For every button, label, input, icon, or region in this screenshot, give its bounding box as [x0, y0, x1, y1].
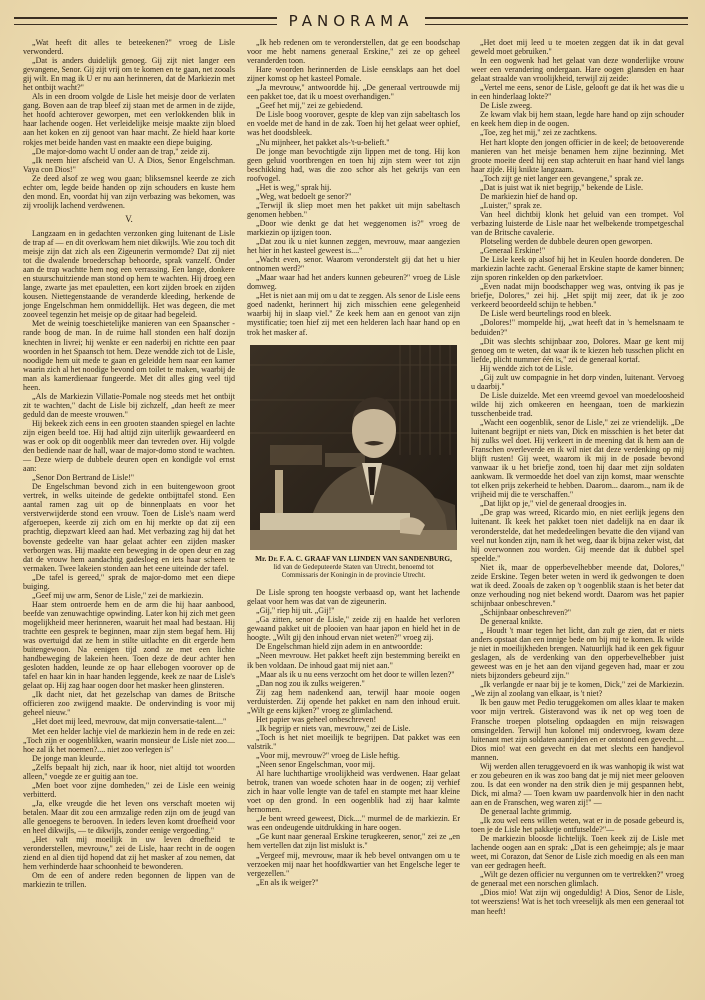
paragraph: „Dat is juist wat ik niet begrijp," beke…	[471, 183, 684, 192]
paragraph: „Dit was slechts schijnbaar zoo, Dolores…	[471, 337, 684, 364]
paragraph: „Ik neem hier afscheid van U. A Dios, Se…	[23, 156, 235, 174]
paragraph: „Ik begrijp er niets van, mevrouw," zei …	[247, 724, 460, 733]
paragraph: „Wacht een oogenblik, senor de Lisle," z…	[471, 418, 684, 499]
paragraph: „En als ik weiger?"	[247, 878, 460, 887]
paragraph: „Als de Markiezin Villatie-Pomale nog st…	[23, 392, 235, 419]
column-1-paragraphs-a: „Wat heeft dit alles te beteekenen?" vro…	[23, 38, 235, 210]
paragraph: In een oogwenk had het gelaat van deze w…	[471, 56, 684, 83]
section-heading: V.	[23, 215, 235, 224]
paragraph: „Vertel me eens, senor de Lisle, gelooft…	[471, 83, 684, 101]
caption-name: Mr. Dr. F. A. C. GRAAF VAN LIJNDEN VAN S…	[247, 555, 460, 563]
paragraph: „Zelfs bepaalt hij zich, naar ik hoor, n…	[23, 763, 235, 781]
paragraph: „Het is niet aan mij om u dat te zeggen.…	[247, 291, 460, 336]
paragraph: „Nu mijnheer, het pakket als-'t-u-belief…	[247, 138, 460, 147]
paragraph: De jonge man kleurde.	[23, 754, 235, 763]
paragraph: Ze deed alsof ze weg wou gaan; bliksemsn…	[23, 174, 235, 210]
paragraph: „Het is weg," sprak hij.	[247, 183, 460, 192]
column-2: „Ik heb redenen om te veronderstellen, d…	[247, 38, 460, 887]
paragraph: Zij zag hem nadenkend aan, terwijl haar …	[247, 688, 460, 715]
paragraph: „Maar waar had het anders kunnen gebeure…	[247, 273, 460, 291]
paragraph: De markiezin bloosde lichtelijk. Toen ke…	[471, 834, 684, 870]
paragraph: „Toe, zeg het mij," zei ze zachtkens.	[471, 128, 684, 137]
paragraph: „Luister," sprak ze.	[471, 201, 684, 210]
column-1-paragraphs-b: Langzaam en in gedachten verzonken ging …	[23, 229, 235, 889]
paragraph: „Senor Don Bertrand de Lisle!"	[23, 473, 235, 482]
paragraph: Hij wendde zich tot de Lisle.	[471, 364, 684, 373]
paragraph: Van heel dichtbij klonk het geluid van e…	[471, 210, 684, 237]
paragraph: „Ik zou wel eens willen weten, wat er in…	[471, 816, 684, 834]
paragraph: De generaal knikte.	[471, 617, 684, 626]
paragraph: „ Houdt 't maar tegen het licht, dan zul…	[471, 626, 684, 680]
masthead: PANORAMA	[14, 10, 688, 32]
paragraph: „Neen senor Engelschman, voor mij.	[247, 760, 460, 769]
paragraph: „Maar als ik u nu eens verzocht om het d…	[247, 670, 460, 679]
paragraph: De jonge man bevochtigde zijn lippen met…	[247, 147, 460, 183]
caption-line-3: Commissaris der Koningin in de provincie…	[247, 571, 460, 579]
paragraph: „Generaal Erskine!"	[471, 246, 684, 255]
paragraph: „Voor mij, mevrouw?" vroeg de Lisle heft…	[247, 751, 460, 760]
paragraph: „Dolores!" mompelde hij, „wat heeft dat …	[471, 318, 684, 336]
paragraph: De Engelschman hield zijn adem in en ant…	[247, 642, 460, 651]
paragraph: „Je bent wreed geweest, Dick...." murmel…	[247, 814, 460, 832]
paragraph: Ze kwam vlak bij hem staan, legde hare h…	[471, 110, 684, 128]
paragraph: „De major-domo wacht U onder aan de trap…	[23, 147, 235, 156]
paragraph: Hij bekeek zich eens in een grooten staa…	[23, 419, 235, 473]
paragraph: Hare woorden herinnerden de Lisle eenskl…	[247, 65, 460, 83]
paragraph: „Ge kunt naar generaal Erskine terugkeer…	[247, 832, 460, 850]
paragraph: Om de een of andere reden begonnen de li…	[23, 871, 235, 889]
paragraph: „Ja, elke vreugde die het leven ons vers…	[23, 799, 235, 835]
paragraph: „Geef het mij," zei ze gebiedend.	[247, 101, 460, 110]
masthead-rule-right	[425, 17, 688, 25]
paragraph: Ik ben gauw met Pedio teruggekomen om al…	[471, 698, 684, 761]
paragraph: „Het doet mij leed, mevrouw, dat mijn co…	[23, 717, 235, 726]
column-2-paragraphs-b: De Lisle sprong ten hoogste verbaasd op,…	[247, 588, 460, 887]
paragraph: Niet ik, maar de opperbevelhebber meende…	[471, 563, 684, 608]
paragraph: „Ja mevrouw," antwoordde hij. „De genera…	[247, 83, 460, 101]
paragraph: „Geef mij uw arm, Senor de Lisle," zei d…	[23, 591, 235, 600]
paragraph: „Het doet mij leed u te moeten zeggen da…	[471, 38, 684, 56]
paragraph: „Ik dacht niet, dat het gezelschap van d…	[23, 690, 235, 717]
paragraph: „Ga zitten, senor de Lisle," zeide zij e…	[247, 615, 460, 642]
paragraph: „Ik verlangde er naar bij je te komen, D…	[471, 680, 684, 698]
paragraph: „Wilt ge dezen officier nu vergunnen om …	[471, 870, 684, 888]
column-1: „Wat heeft dit alles te beteekenen?" vro…	[23, 38, 235, 889]
paragraph: De Lisle zweeg.	[471, 101, 684, 110]
paragraph: „Neen mevrouw. Het pakket heeft zijn bes…	[247, 651, 460, 669]
paragraph: De markiezin hief de hand op.	[471, 192, 684, 201]
paragraph: De Lisle sprong ten hoogste verbaasd op,…	[247, 588, 460, 606]
paragraph: De Lisle werd beurtelings rood en bleek.	[471, 309, 684, 318]
paragraph: De Engelschman bevond zich in een buiten…	[23, 482, 235, 572]
paragraph: „Door wie denkt ge dat het weggenomen is…	[247, 219, 460, 237]
masthead-title: PANORAMA	[277, 12, 426, 30]
paragraph: „Toch is het niet moeilijk te begrijpen.…	[247, 733, 460, 751]
paragraph: „Schijnbaar onbeschreven?"	[471, 608, 684, 617]
paragraph: Met een helder lachje viel de markiezin …	[23, 727, 235, 754]
paragraph: De Lisle duizelde. Met een vreemd gevoel…	[471, 391, 684, 418]
paragraph: „Gij zult uw compagnie in het dorp vinde…	[471, 373, 684, 391]
column-3: „Het doet mij leed u te moeten zeggen da…	[471, 38, 684, 916]
paragraph: „De tafel is gereed," sprak de major-dom…	[23, 573, 235, 591]
paragraph: „Men boet voor zijne domheden," zei de L…	[23, 781, 235, 799]
column-2-paragraphs-a: „Ik heb redenen om te veronderstellen, d…	[247, 38, 460, 337]
paragraph: „Wat heeft dit alles te beteekenen?" vro…	[23, 38, 235, 56]
paragraph: Het papier was geheel onbeschreven!	[247, 715, 460, 724]
paragraph: „Terwijl ik sliep moet men het pakket ui…	[247, 201, 460, 219]
paragraph: „Het valt mij moeilijk in uw leven droef…	[23, 835, 235, 871]
portrait-image	[250, 345, 457, 550]
paragraph: Het hart klopte den jongen officier in d…	[471, 138, 684, 174]
paragraph: Wij werden allen teruggevoerd en ik was …	[471, 762, 684, 807]
column-3-paragraphs: „Het doet mij leed u te moeten zeggen da…	[471, 38, 684, 916]
paragraph: De Lisle keek op alsof hij het in Keulen…	[471, 255, 684, 282]
paragraph: „Dios mio! Wat zijn wij ongeduldig! A Di…	[471, 888, 684, 915]
paragraph: „Dan nog zou ik zulks weigeren."	[247, 679, 460, 688]
paragraph: „Ik heb redenen om te veronderstellen, d…	[247, 38, 460, 65]
portrait-photo	[250, 345, 457, 550]
paragraph: „Gij," riep hij uit. „Gij!"	[247, 606, 460, 615]
paragraph: Met de weinig toeschietelijke manieren v…	[23, 319, 235, 391]
paragraph: „De grap was wreed, Ricardo mio, en niet…	[471, 508, 684, 562]
masthead-rule-left	[14, 17, 277, 25]
paragraph: Langzaam en in gedachten verzonken ging …	[23, 229, 235, 319]
paragraph: De generaal lachte grimmig.	[471, 807, 684, 816]
magazine-page: PANORAMA „Wat heeft dit alles te beteeke…	[0, 0, 705, 1000]
paragraph: „Toch zijt ge niet langer een gevangene,…	[471, 174, 684, 183]
paragraph: Als in een droom volgde de Lisle het mei…	[23, 92, 235, 146]
paragraph: Al hare luchthartige vroolijkheid was ve…	[247, 769, 460, 814]
photo-caption: Mr. Dr. F. A. C. GRAAF VAN LIJNDEN VAN S…	[247, 555, 460, 580]
paragraph: Haar stem ontroerde hem en de arm die hi…	[23, 600, 235, 690]
paragraph: Plotseling werden de dubbele deuren open…	[471, 237, 684, 246]
caption-line-2: lid van de Gedeputeerde Staten van Utrec…	[247, 563, 460, 571]
paragraph: „Weg, wat bedoelt ge senor?"	[247, 192, 460, 201]
paragraph: „Dat zou ik u niet kunnen zeggen, mevrou…	[247, 237, 460, 255]
paragraph: „Even nadat mijn boodschapper weg was, o…	[471, 282, 684, 309]
paragraph: „Dat lijkt op je," viel de generaal droo…	[471, 499, 684, 508]
paragraph: „Dat is anders duidelijk genoeg. Gij zij…	[23, 56, 235, 92]
paragraph: „Vergeef mij, mevrouw, maar ik heb bevel…	[247, 851, 460, 878]
paragraph: „Wacht even, senor. Waarom veronderstelt…	[247, 255, 460, 273]
paragraph: De Lisle boog voorover, gespte de klep v…	[247, 110, 460, 137]
